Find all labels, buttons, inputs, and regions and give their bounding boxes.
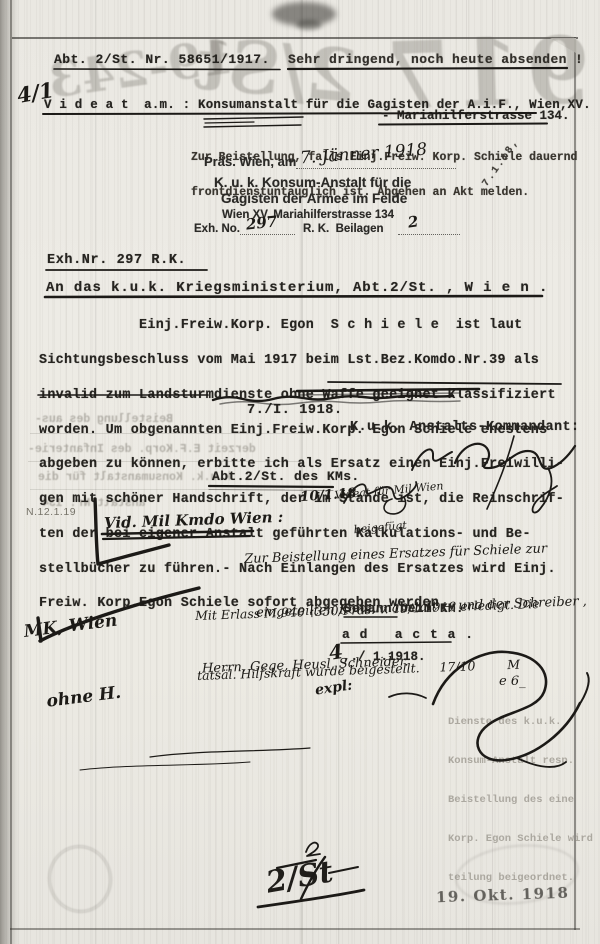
pen-stroke bbox=[204, 117, 303, 119]
kommandant-signature bbox=[455, 444, 575, 469]
bottom-signature bbox=[581, 673, 589, 702]
underline-ersatz bbox=[300, 393, 460, 395]
underline-urgency bbox=[288, 68, 567, 69]
pen-slash bbox=[487, 436, 514, 509]
ghost-curve bbox=[150, 748, 310, 757]
mk-check-stroke bbox=[38, 588, 199, 641]
underline-vid-mil bbox=[102, 531, 253, 534]
underline-abt-kms bbox=[209, 490, 333, 491]
underline-ad-acta bbox=[341, 642, 451, 643]
bottom-mark-stroke bbox=[258, 890, 364, 907]
ghost-curve bbox=[80, 762, 250, 770]
bottom-signature bbox=[517, 758, 566, 767]
underline-vid-mil bbox=[103, 536, 250, 539]
underline-addressee bbox=[45, 296, 542, 297]
kommandant-signature bbox=[412, 449, 452, 470]
margin-bracket-stroke bbox=[95, 499, 169, 564]
underline-mariahilfer bbox=[379, 124, 547, 125]
clerk-signature bbox=[384, 497, 406, 514]
bottom-signature bbox=[389, 693, 426, 698]
pen-stroke bbox=[204, 125, 301, 127]
bottom-signature bbox=[433, 652, 580, 761]
underline-ersatz bbox=[297, 389, 479, 391]
bottom-mark-stroke bbox=[306, 843, 320, 856]
underline-videat bbox=[43, 113, 536, 114]
underline-ref bbox=[54, 69, 280, 70]
kommandant-signature bbox=[533, 468, 557, 513]
pen-stroke bbox=[205, 122, 254, 123]
underline-abt-kms bbox=[209, 486, 333, 487]
scanned-document-page: 1917 2/St 19-243 Beistellung des aus- de… bbox=[0, 0, 600, 944]
underline-kalkulations bbox=[328, 382, 561, 384]
ink-strokes-overlay bbox=[0, 0, 600, 944]
bottom-mark-stroke bbox=[329, 867, 358, 873]
bottom-mark-stroke bbox=[277, 860, 316, 868]
